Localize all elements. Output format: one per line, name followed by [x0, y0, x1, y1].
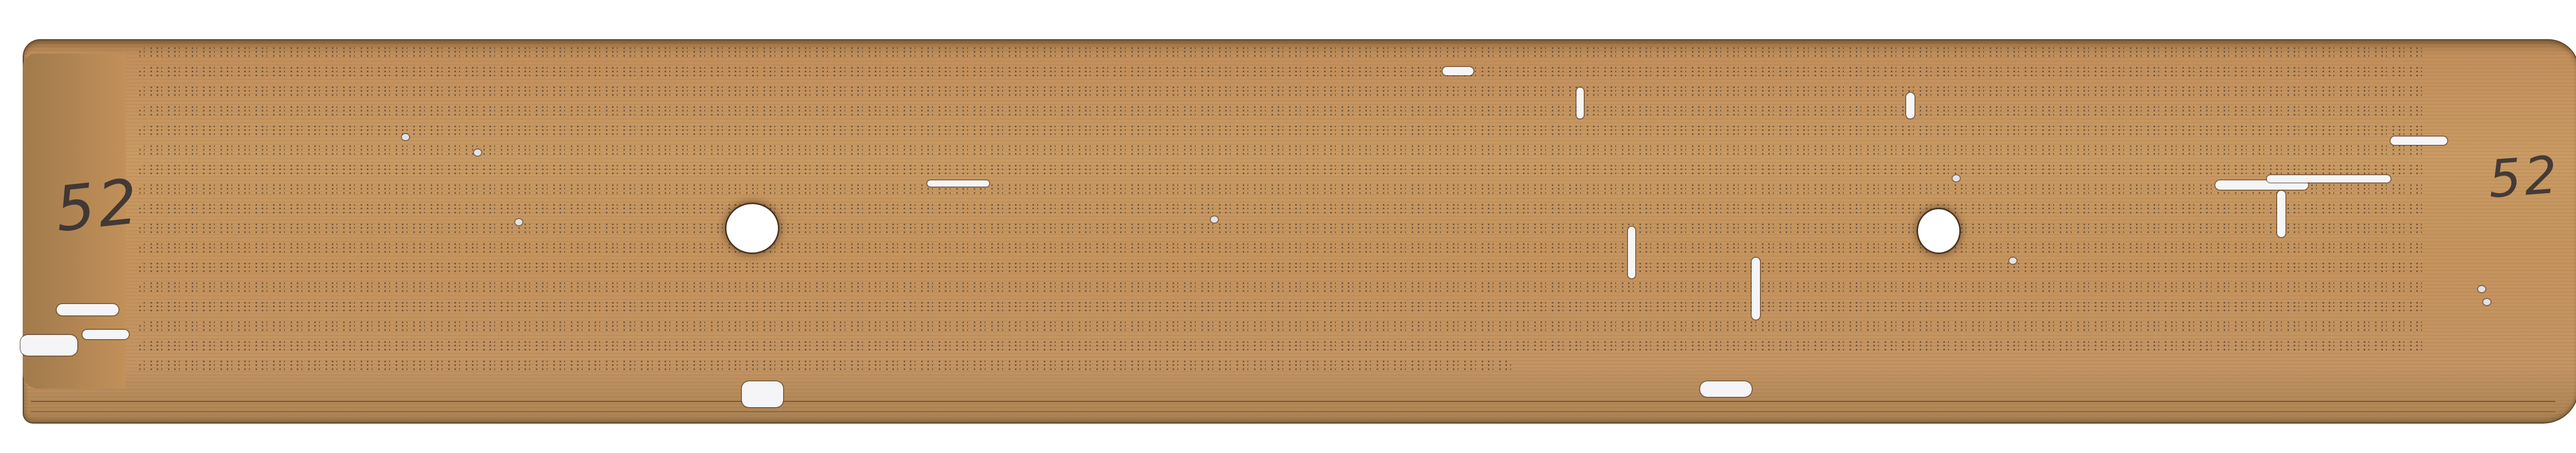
leaf-damage — [742, 381, 783, 407]
leaf-damage — [2391, 137, 2447, 145]
leaf-speck — [1211, 216, 1218, 223]
text-line — [139, 341, 2427, 354]
leaf-damage — [1443, 67, 1473, 75]
leaf-damage — [1752, 258, 1760, 320]
leaf-damage — [57, 304, 118, 315]
leaf-damage — [927, 180, 989, 187]
leaf-speck — [402, 134, 409, 140]
text-line — [139, 106, 2427, 119]
leaf-speck — [474, 149, 481, 156]
scan-canvas: 52 52 50 — [0, 0, 2576, 453]
folio-number-right: 52 — [2486, 144, 2562, 209]
leaf-damage — [21, 335, 77, 356]
text-line — [139, 361, 1512, 373]
manuscript-text-block — [139, 47, 2427, 377]
text-line — [139, 145, 2427, 158]
ruling-line — [31, 401, 2555, 402]
leaf-damage — [2267, 175, 2391, 182]
ruling-line — [31, 411, 2555, 412]
binding-hole — [1918, 209, 1959, 253]
text-line — [139, 322, 2427, 334]
text-line — [139, 47, 2427, 60]
text-line — [139, 184, 2427, 197]
binding-hole — [726, 204, 778, 253]
text-line — [139, 263, 2427, 275]
leaf-damage — [1906, 93, 1914, 119]
folio-number-left: 52 — [52, 166, 144, 246]
leaf-damage — [1628, 227, 1635, 278]
text-line — [139, 243, 2427, 256]
text-line — [139, 126, 2427, 138]
text-line — [139, 165, 2427, 177]
leaf-damage — [1577, 88, 1584, 119]
leaf-damage — [2277, 191, 2285, 237]
text-line — [139, 302, 2427, 314]
text-line — [139, 67, 2427, 79]
leaf-speck — [2483, 299, 2490, 305]
leaf-damage — [82, 330, 129, 339]
text-line — [139, 224, 2427, 236]
text-line — [139, 204, 2427, 216]
leaf-speck — [515, 219, 522, 225]
leaf-speck — [2478, 286, 2485, 292]
text-line — [139, 87, 2427, 99]
leaf-speck — [1953, 175, 1960, 181]
leaf-damage — [1700, 381, 1752, 397]
text-line — [139, 282, 2427, 295]
leaf-speck — [2009, 258, 2016, 264]
